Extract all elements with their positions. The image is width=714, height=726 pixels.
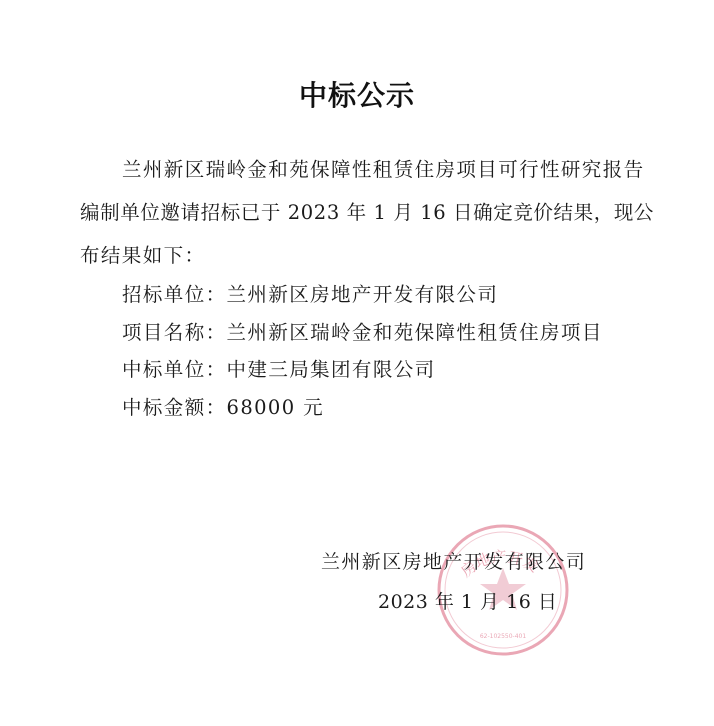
svg-text:62-102550-401: 62-102550-401 [480, 633, 527, 640]
field-label: 项目名称： [122, 321, 227, 344]
field-winning-unit: 中标单位：中建三局集团有限公司 [122, 358, 436, 382]
document-title: 中标公示 [0, 74, 714, 114]
paragraph-line-2: 编制单位邀请招标已于 2023 年 1 月 16 日确定竞价结果，现公 [80, 201, 654, 225]
paragraph-line-1: 兰州新区瑞岭金和苑保障性租赁住房项目可行性研究报告 [122, 158, 645, 182]
signature-date: 2023 年 1 月 16 日 [378, 590, 557, 614]
field-value: 兰州新区瑞岭金和苑保障性租赁住房项目 [227, 321, 603, 344]
field-value: 68000 元 [227, 396, 325, 419]
signature-organization: 兰州新区房地产开发有限公司 [321, 550, 586, 574]
field-label: 中标单位： [122, 358, 227, 381]
field-label: 招标单位： [122, 283, 227, 306]
field-value: 兰州新区房地产开发有限公司 [227, 283, 499, 306]
field-project-name: 项目名称：兰州新区瑞岭金和苑保障性租赁住房项目 [122, 321, 603, 345]
field-value: 中建三局集团有限公司 [227, 358, 436, 381]
field-tendering-unit: 招标单位：兰州新区房地产开发有限公司 [122, 283, 498, 307]
field-label: 中标金额： [122, 396, 227, 419]
paragraph-line-3: 布结果如下： [80, 244, 205, 268]
field-winning-amount: 中标金额：68000 元 [122, 396, 324, 420]
